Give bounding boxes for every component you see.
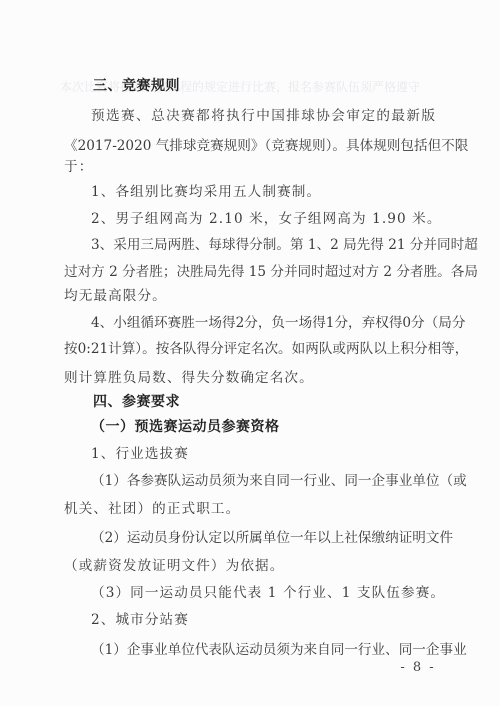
subsection-heading-qualification: （一）预选赛运动员参赛资格 (91, 418, 463, 436)
list-item-industry-selection: 1、行业选拔赛 (91, 445, 463, 463)
paragraph-line: 过对方 2 分者胜；决胜局先得 15 分并同时超过对方 2 分者胜。各局 (64, 263, 436, 281)
paragraph-line: （或薪资发放证明文件）为依据。 (64, 557, 436, 575)
list-item: （1）企事业单位代表队运动员须为来自同一行业、同一企事业 (91, 641, 435, 659)
paragraph-line: 按0:21计算）。按各队得分评定名次。如两队或两队以上积分相等， (64, 340, 436, 358)
page-number: - 8 - (400, 660, 436, 675)
rule-item-2: 2、男子组网高为 2.10 米，女子组网高为 1.90 米。 (91, 210, 463, 228)
paragraph-line: 均无最高限分。 (64, 287, 436, 305)
rule-item-3: 3、采用三局两胜、每球得分制。第 1、2 局先得 21 分并同时超 (91, 236, 435, 254)
paragraph-line: 预选赛、总决赛都将执行中国排球协会审定的最新版 (91, 107, 435, 125)
paragraph-line: 于： (64, 158, 436, 176)
section-heading-competition-rules: 三、竞赛规则 (93, 77, 465, 95)
list-item: （3）同一运动员只能代表 1 个行业、1 支队伍参赛。 (91, 584, 463, 602)
document-page: 本次比赛将按照竞赛规程的规定进行比赛，报名参赛队伍须严格遵守 三、竞赛规则 预选… (0, 0, 500, 706)
paragraph-line: 则计算胜负局数、得失分数确定名次。 (64, 369, 436, 387)
section-heading-requirements: 四、参赛要求 (93, 393, 465, 411)
list-item: （2）运动员身份认定以所属单位一年以上社保缴纳证明文件 (91, 529, 435, 547)
paragraph-line: 《2017-2020 气排球竞赛规则》（竞赛规则）。具体规则包括但不限 (64, 137, 436, 155)
list-item-city-station: 2、城市分站赛 (91, 611, 463, 629)
list-item: （1）各参赛队运动员须为来自同一行业、同一企事业单位（或 (91, 472, 435, 490)
rule-item-1: 1、各组别比赛均采用五人制赛制。 (91, 183, 463, 201)
rule-item-4: 4、小组循环赛胜一场得2分，负一场得1分，弃权得0分（局分 (91, 314, 427, 332)
paragraph-line: 机关、社团）的正式职工。 (64, 500, 436, 518)
